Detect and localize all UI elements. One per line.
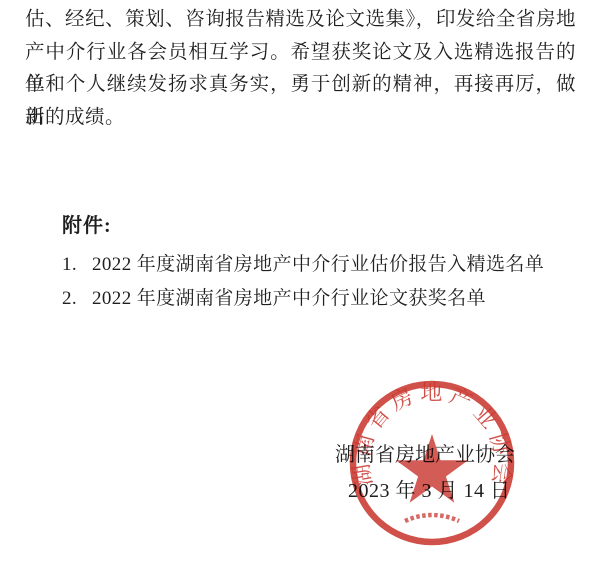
seal-ring-text: 湖南省房地产业协会 <box>348 380 515 488</box>
official-document-page: 估、经纪、策划、咨询报告精选及论文选集》，印发给全省房地 产中介行业各会员相互学… <box>0 0 600 563</box>
attachment-number: 2. <box>62 288 92 310</box>
signature-organization: 湖南省房地产业协会 <box>335 438 515 467</box>
signature-date: 2023 年 3 月 14 日 <box>348 474 511 503</box>
attachment-item: 2.2022 年度湖南省房地产中介行业论文获奖名单 <box>62 283 486 310</box>
attachment-title: 2022 年度湖南省房地产中介行业估价报告入精选名单 <box>92 254 544 275</box>
attachment-title: 2022 年度湖南省房地产中介行业论文获奖名单 <box>92 288 486 309</box>
attachments-label: 附件: <box>62 209 112 238</box>
body-line: 估、经纪、策划、咨询报告精选及论文选集》，印发给全省房地 <box>25 4 576 37</box>
attachment-number: 1. <box>62 254 92 276</box>
body-line: 产中介行业各会员相互学习。希望获奖论文及入选精选报告的单 <box>25 37 576 70</box>
seal-serial-marks <box>405 515 459 521</box>
attachment-item: 1.2022 年度湖南省房地产中介行业估价报告入精选名单 <box>62 249 544 276</box>
seal-ring-text-holder: 湖南省房地产业协会 <box>348 380 515 488</box>
body-line: 新的成绩。 <box>25 102 576 135</box>
body-line: 位和个人继续发扬求真务实，勇于创新的精神，再接再厉，做出 <box>25 69 576 102</box>
body-paragraph: 估、经纪、策划、咨询报告精选及论文选集》，印发给全省房地 产中介行业各会员相互学… <box>25 4 576 134</box>
